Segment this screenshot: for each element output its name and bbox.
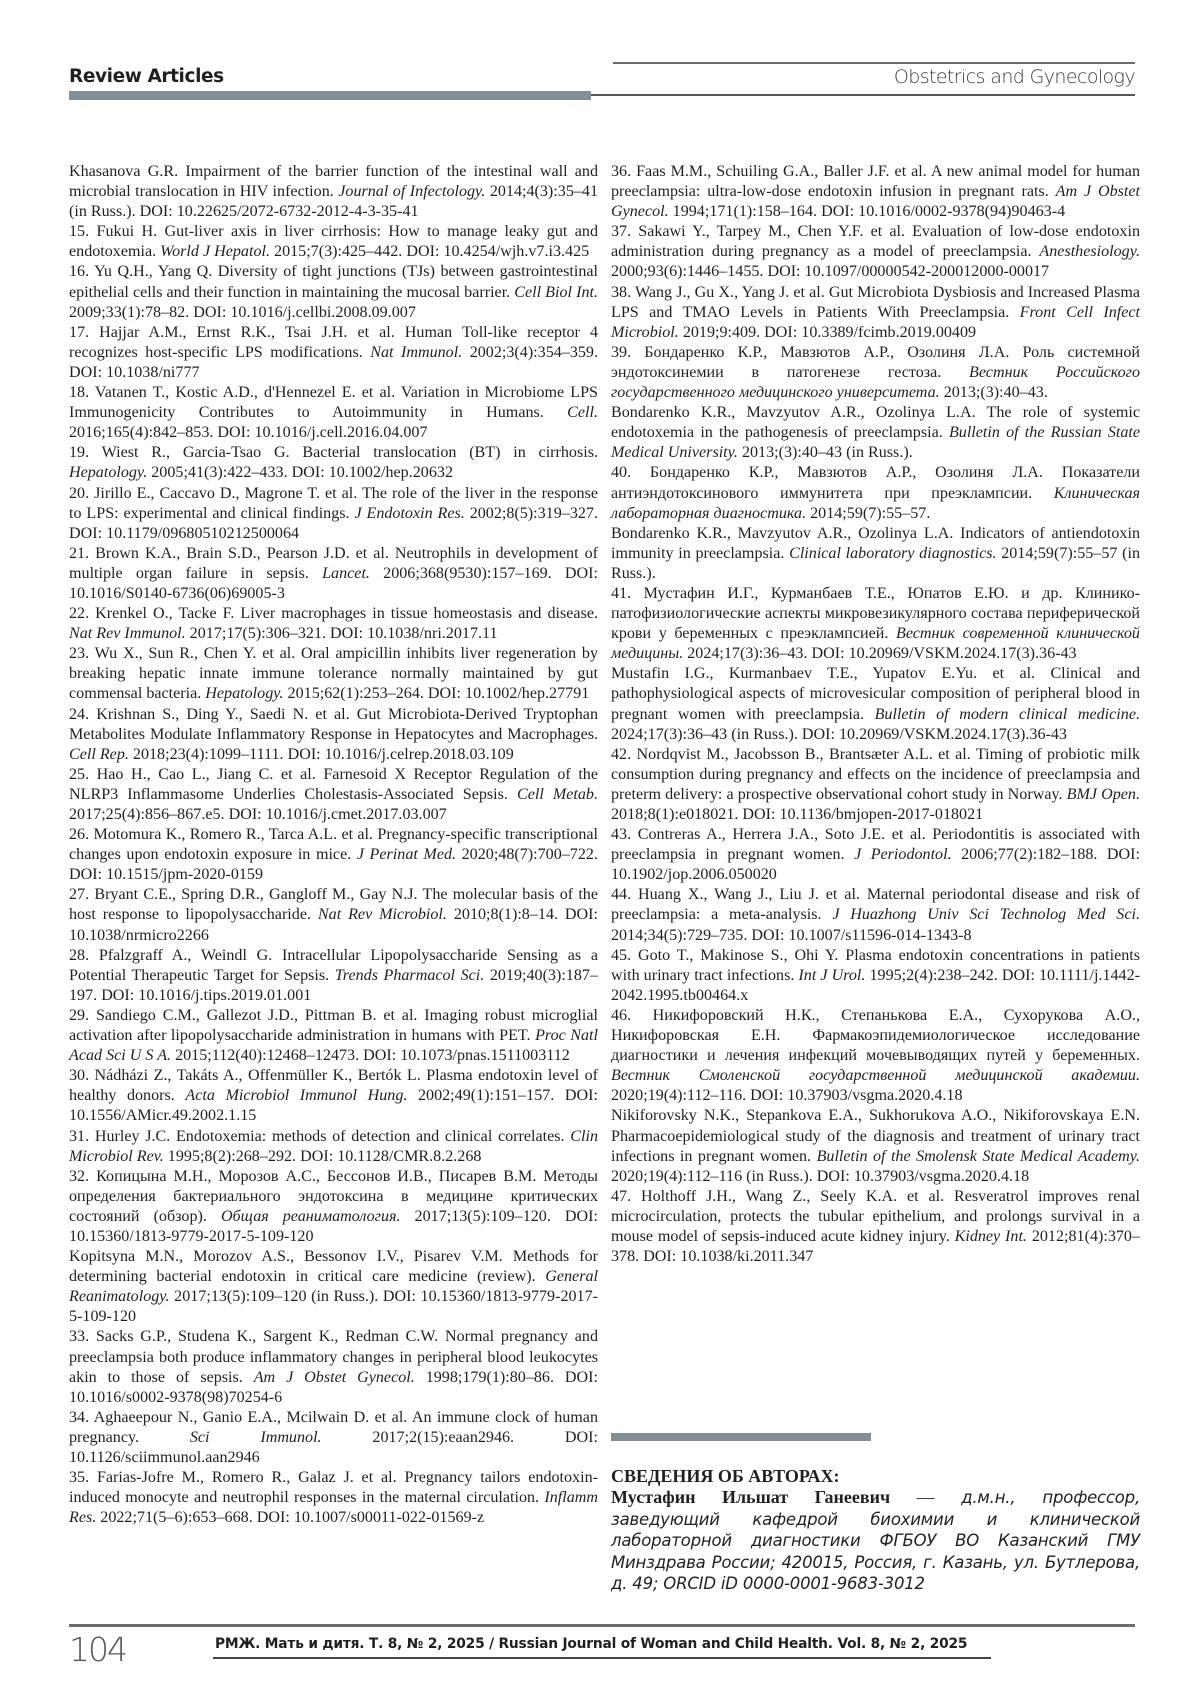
journal-title: Clinical laboratory diagnostics. [789,545,996,562]
reference-item: 38. Wang J., Gu X., Yang J. et al. Gut M… [611,283,1140,343]
journal-title: Вестник современной клинической медицины… [611,625,1140,662]
journal-title: Cell. [567,404,598,421]
reference-item: 22. Krenkel O., Tacke F. Liver macrophag… [69,604,598,644]
reference-item: 35. Farias-Jofre M., Romero R., Galaz J.… [69,1468,598,1528]
journal-title: General Reanimatology. [69,1268,598,1305]
reference-item: 41. Мустафин И.Г., Курманбаев Т.Е., Юпат… [611,584,1140,664]
reference-item: 37. Sakawi Y., Tarpey M., Chen Y.F. et a… [611,222,1140,282]
reference-item: Kopitsyna M.N., Morozov A.S., Bessonov I… [69,1247,598,1327]
header-rule-bottom [591,94,1135,96]
footer-underline [213,1657,991,1659]
journal-title: Am J Obstet Gynecol. [611,183,1140,220]
footer-rule [69,1624,1135,1627]
reference-item: 21. Brown K.A., Brain S.D., Pearson J.D.… [69,544,598,604]
section-label: Review Articles [69,66,224,87]
reference-item: 23. Wu X., Sun R., Chen Y. et al. Oral a… [69,644,598,704]
references-column-left: Khasanova G.R. Impairment of the barrier… [69,162,598,1528]
journal-title: Cell Metab. [517,786,598,803]
reference-item: 19. Wiest R., Garcia-Tsao G. Bacterial t… [69,443,598,483]
journal-title: Int J Urol. [798,967,865,984]
journal-title: Вестник Российского государственного мед… [611,364,1140,401]
reference-item: Bondarenko K.R., Mavzyutov A.R., Ozoliny… [611,403,1140,463]
journal-title: Acta Microbiol Immunol Hung. [185,1087,407,1104]
journal-title: Nat Rev Immunol. [69,625,186,642]
reference-item: Bondarenko K.R., Mavzyutov A.R., Ozoliny… [611,524,1140,584]
journal-title: Kidney Int. [955,1228,1027,1245]
journal-title: Hepatology. [69,464,147,481]
journal-title: Anesthesiology. [1039,243,1140,260]
reference-item: 25. Hao H., Cao L., Jiang C. et al. Farn… [69,765,598,825]
authors-heading: СВЕДЕНИЯ ОБ АВТОРАХ: [611,1466,1140,1487]
journal-title: Lancet. [322,565,370,582]
journal-title: Inflamm Res. [69,1489,598,1526]
reference-item: 44. Huang X., Wang J., Liu J. et al. Mat… [611,885,1140,945]
journal-title: World J Hepatol. [160,243,270,260]
author-dash: — [890,1487,961,1507]
reference-item: 20. Jirillo E., Caccavo D., Magrone T. e… [69,484,598,544]
reference-item: 31. Hurley J.C. Endotoxemia: methods of … [69,1127,598,1167]
journal-title: Cell Rep. [69,746,129,763]
authors-accent-bar [611,1433,871,1441]
journal-title: Общая реаниматология. [221,1208,401,1225]
reference-item: 29. Sandiego C.M., Gallezot J.D., Pittma… [69,1006,598,1066]
reference-item: 36. Faas M.M., Schuiling G.A., Baller J.… [611,162,1140,222]
authors-info: СВЕДЕНИЯ ОБ АВТОРАХ: Мустафин Ильшат Ган… [611,1466,1140,1595]
reference-item: 24. Krishnan S., Ding Y., Saedi N. et al… [69,705,598,765]
reference-item: 18. Vatanen T., Kostic A.D., d'Hennezel … [69,383,598,443]
journal-title: J Endotoxin Res. [354,505,464,522]
journal-title: Clin Microbiol Rev. [69,1128,598,1165]
reference-item: 34. Aghaeepour N., Ganio E.A., Mcilwain … [69,1408,598,1468]
reference-item: Khasanova G.R. Impairment of the barrier… [69,162,598,222]
reference-item: 15. Fukui H. Gut-liver axis in liver cir… [69,222,598,262]
reference-item: 32. Копицына М.Н., Морозов А.С., Бессоно… [69,1167,598,1247]
reference-item: 27. Bryant C.E., Spring D.R., Gangloff M… [69,885,598,945]
journal-title: Bulletin of the Smolensk State Medical A… [817,1148,1140,1165]
reference-item: 43. Contreras A., Herrera J.A., Soto J.E… [611,825,1140,885]
reference-item: 39. Бондаренко К.Р., Мавзютов А.Р., Озол… [611,343,1140,403]
author-entry: Мустафин Ильшат Ганеевич — д.м.н., профе… [611,1487,1140,1595]
reference-item: 47. Holthoff J.H., Wang Z., Seely K.A. e… [611,1187,1140,1267]
rubric-label: Obstetrics and Gynecology [894,66,1135,88]
journal-title: Sci Immunol. [190,1429,322,1446]
reference-item: 16. Yu Q.H., Yang Q. Diversity of tight … [69,262,598,322]
journal-title: Proc Natl Acad Sci U S A. [69,1027,598,1064]
references-column-right: 36. Faas M.M., Schuiling G.A., Baller J.… [611,162,1140,1267]
journal-title: Nat Immunol. [370,344,462,361]
reference-item: Nikiforovsky N.K., Stepankova E.A., Sukh… [611,1106,1140,1186]
journal-title: BMJ Open. [1067,786,1140,803]
journal-title: Trends Pharmacol Sci. [335,967,485,984]
header-rule-top [613,62,1135,64]
journal-title: Journal of Infectology. [338,183,485,200]
author-name: Мустафин Ильшат Ганеевич [611,1487,890,1507]
journal-title: Bulletin of modern clinical medicine. [875,706,1140,723]
reference-item: 30. Nádházi Z., Takáts A., Offenmüller K… [69,1066,598,1126]
journal-title: Cell Biol Int. [514,284,598,301]
reference-item: 42. Nordqvist M., Jacobsson B., Brantsæt… [611,745,1140,825]
journal-title: Am J Obstet Gynecol. [254,1369,415,1386]
journal-title: Bulletin of the Russian State Medical Un… [611,424,1140,461]
reference-item: 40. Бондаренко К.Р., Мавзютов А.Р., Озол… [611,463,1140,523]
reference-item: 26. Motomura K., Romero R., Tarca A.L. e… [69,825,598,885]
journal-title: Вестник Смоленской государственной медиц… [611,1067,1140,1084]
journal-title: J Perinat Med. [357,846,456,863]
reference-item: 28. Pfalzgraff A., Weindl G. Intracellul… [69,946,598,1006]
reference-item: 45. Goto T., Makinose S., Ohi Y. Plasma … [611,946,1140,1006]
reference-item: 17. Hajjar A.M., Ernst R.K., Tsai J.H. e… [69,323,598,383]
journal-title: Клиническая лабораторная диагностика. [611,485,1140,522]
page-number: 104 [69,1630,126,1669]
journal-title: Hepatology. [205,685,283,702]
journal-title: J Huazhong Univ Sci Technolog Med Sci. [832,906,1140,923]
reference-item: 46. Никифоровский Н.К., Степанькова Е.А.… [611,1006,1140,1106]
journal-title: Nat Rev Microbiol. [318,906,447,923]
reference-item: Mustafin I.G., Kurmanbaev T.E., Yupatov … [611,664,1140,744]
journal-title: Front Cell Infect Microbiol. [611,304,1140,341]
journal-title: J Periodontol. [854,846,952,863]
journal-citation: РМЖ. Мать и дитя. Т. 8, № 2, 2025 / Russ… [215,1636,967,1652]
header-accent-bar [69,91,591,100]
reference-item: 33. Sacks G.P., Studena K., Sargent K., … [69,1327,598,1407]
